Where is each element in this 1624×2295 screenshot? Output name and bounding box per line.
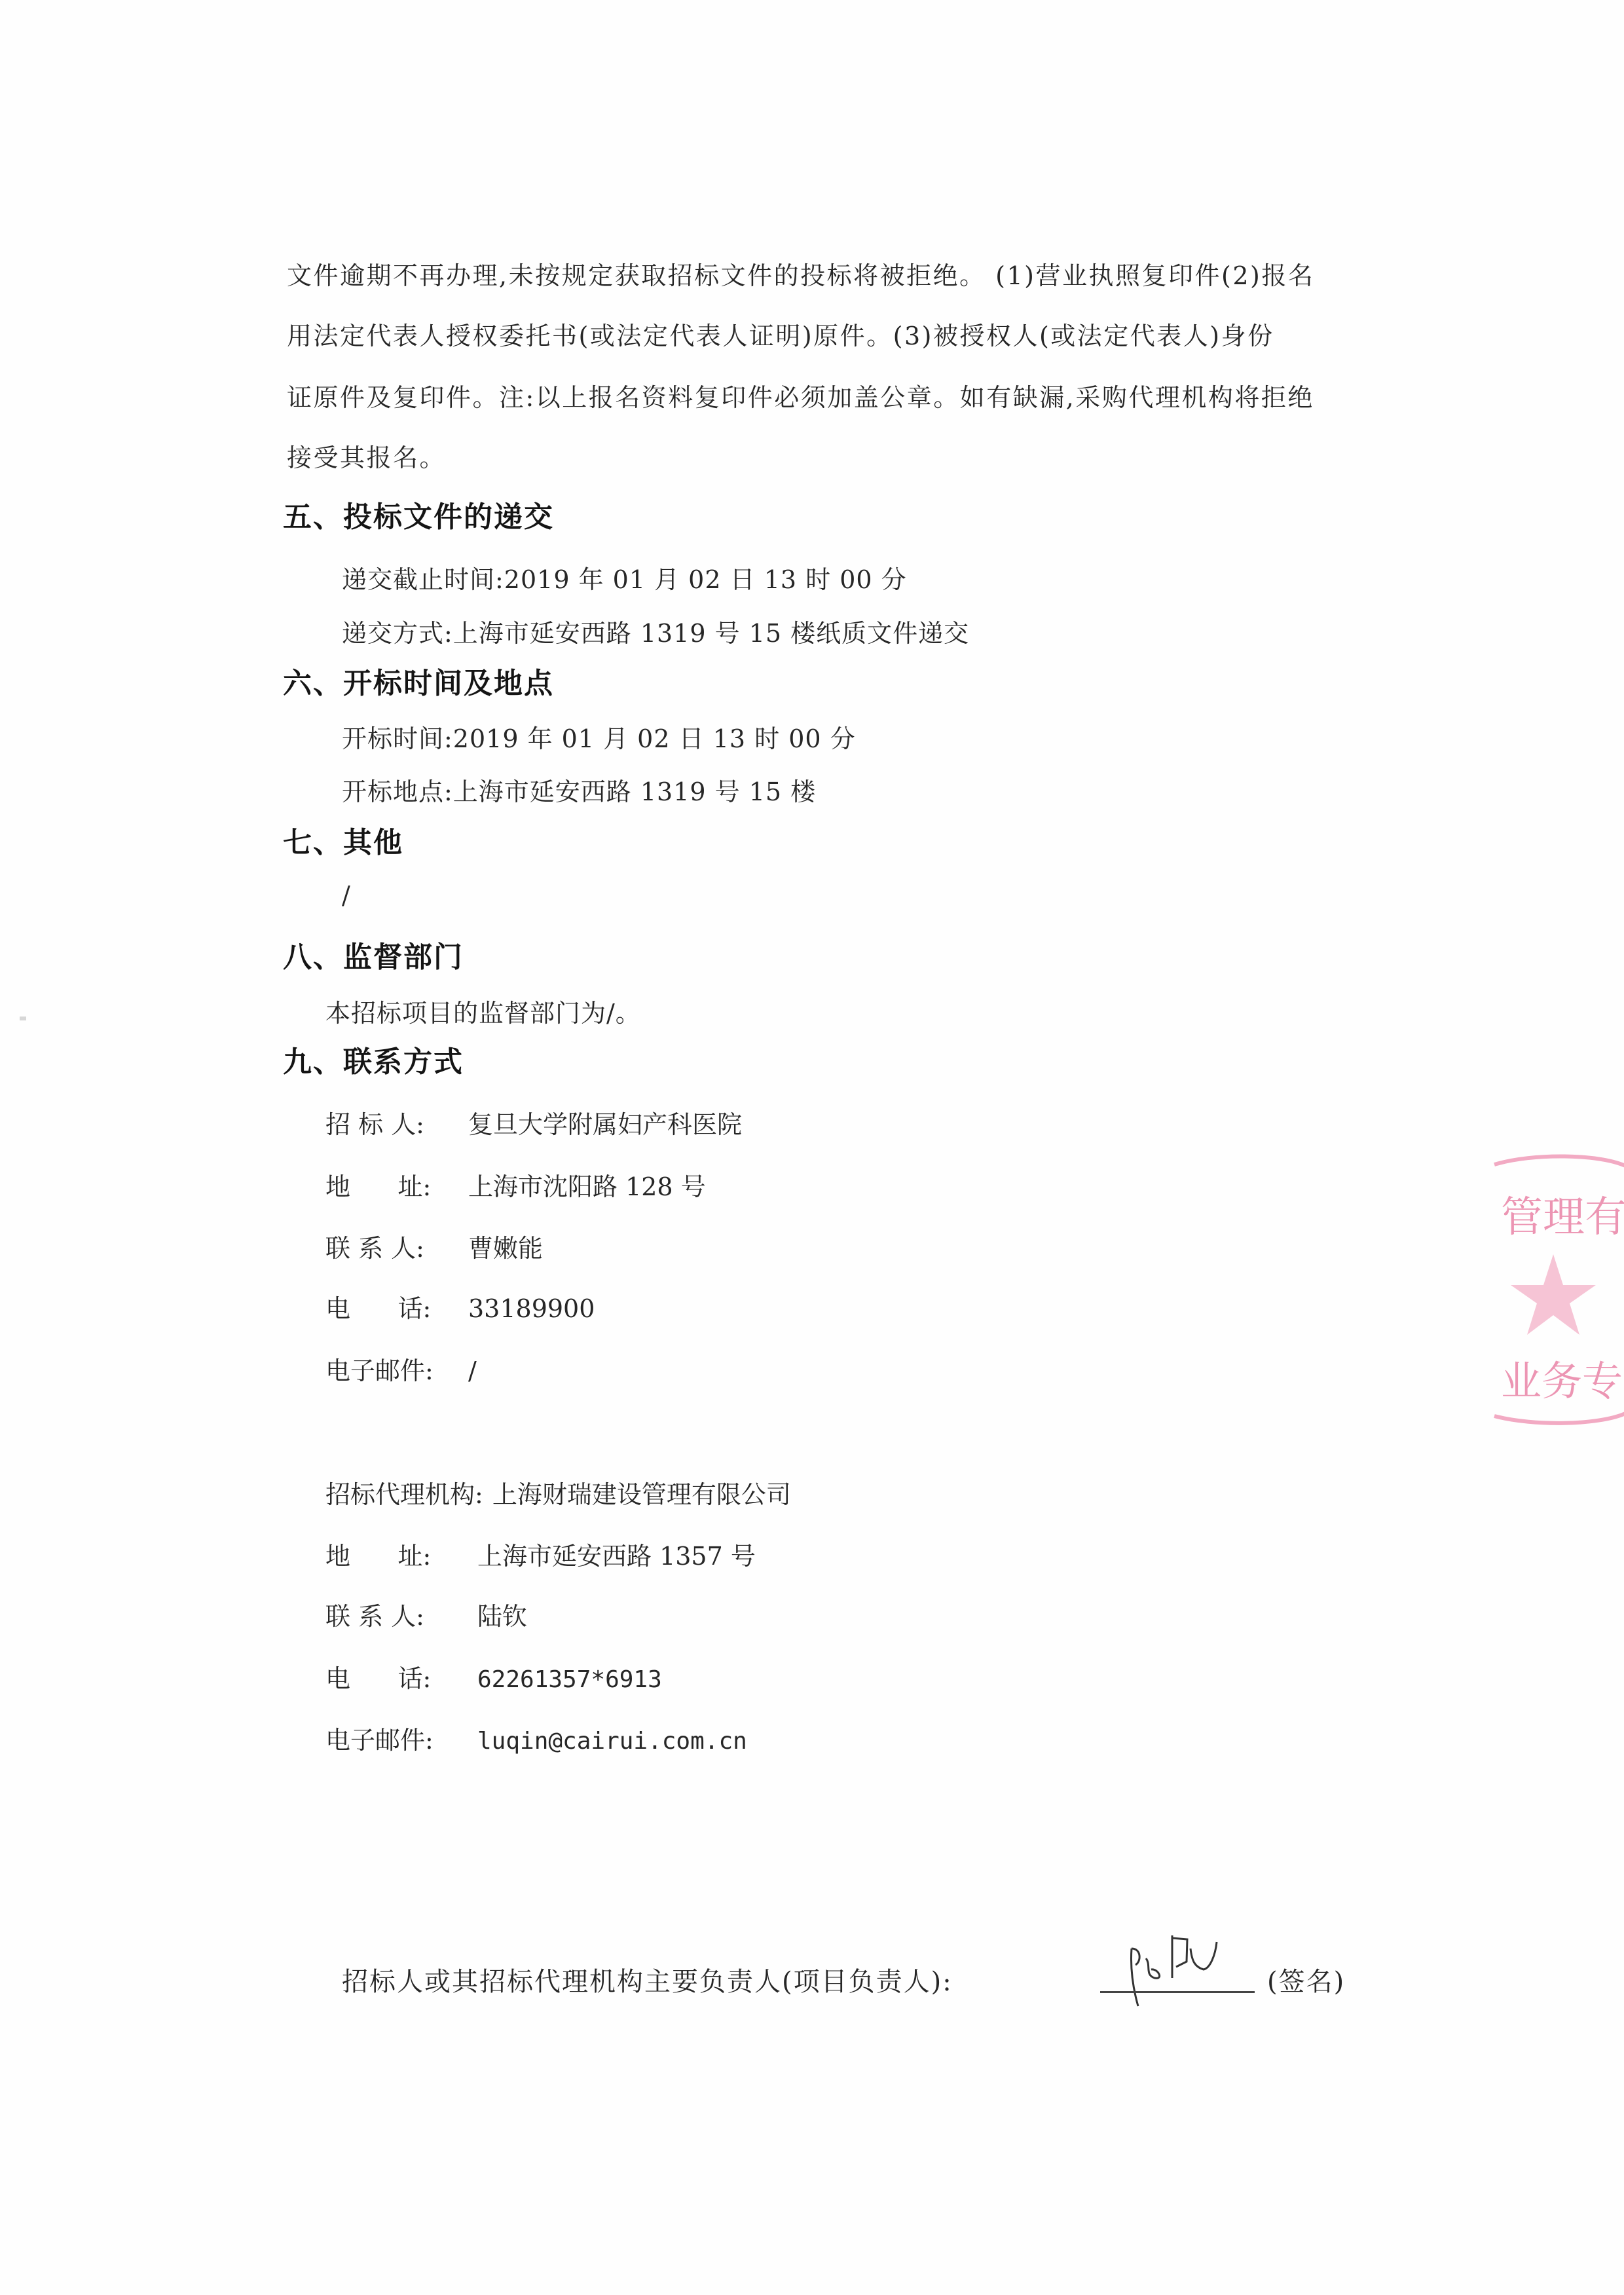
official-seal-stamp: 管理有 业务专 [1481, 1113, 1624, 1428]
tenderer-contact: 曹嫩能 [468, 1234, 543, 1263]
tenderer-name-row: 招 标 人:复旦大学附属妇产科医院 [325, 1108, 742, 1141]
tenderer-phone-label: 电 话: [325, 1292, 468, 1325]
agency-address-label: 地 址: [325, 1540, 477, 1573]
tenderer-email: / [468, 1356, 477, 1385]
agency-name: 上海财瑞建设管理有限公司 [492, 1480, 791, 1509]
seal-text-bottom: 业务专 [1501, 1357, 1623, 1405]
agency-email-row: 电子邮件:luqin@cairui.com.cn [325, 1724, 747, 1758]
tenderer-phone-row: 电 话:33189900 [325, 1292, 595, 1325]
submission-method: 递交方式:上海市延安西路 1319 号 15 楼纸质文件递交 [342, 617, 969, 650]
agency-phone: 62261357*6913 [477, 1666, 662, 1693]
intro-line-3: 证原件及复印件。注:以上报名资料复印件必须加盖公章。如有缺漏,采购代理机构将拒绝 [287, 381, 1387, 414]
section-8-heading: 八、监督部门 [283, 939, 464, 976]
section-5-heading: 五、投标文件的递交 [283, 499, 554, 536]
agency-name-row: 招标代理机构:上海财瑞建设管理有限公司 [325, 1478, 791, 1511]
other-content: / [342, 879, 351, 912]
seal-text-top: 管理有 [1501, 1193, 1624, 1242]
agency-address: 上海市延安西路 1357 号 [477, 1542, 756, 1571]
scan-speck [20, 1017, 26, 1020]
seal-star-icon [1511, 1254, 1596, 1335]
agency-contact-label: 联 系 人: [325, 1600, 477, 1633]
document-page: 文件逾期不再办理,未按规定获取招标文件的投标将被拒绝。 (1)营业执照复印件(2… [0, 0, 1624, 2295]
tenderer-email-row: 电子邮件:/ [325, 1354, 477, 1387]
signature-suffix: (签名) [1267, 1964, 1345, 2000]
tenderer-address: 上海市沈阳路 128 号 [468, 1172, 706, 1201]
intro-line-4: 接受其报名。 [287, 441, 1387, 474]
tenderer-name-label: 招 标 人: [325, 1108, 468, 1141]
tenderer-email-label: 电子邮件: [325, 1354, 468, 1387]
intro-line-2: 用法定代表人授权委托书(或法定代表人证明)原件。(3)被授权人(或法定代表人)身… [287, 320, 1387, 352]
section-6-heading: 六、开标时间及地点 [283, 665, 554, 702]
agency-contact-row: 联 系 人:陆钦 [325, 1600, 527, 1633]
opening-time: 开标时间:2019 年 01 月 02 日 13 时 00 分 [342, 722, 856, 755]
agency-phone-label: 电 话: [325, 1662, 477, 1695]
opening-location: 开标地点:上海市延安西路 1319 号 15 楼 [342, 775, 816, 808]
handwritten-signature [1105, 1929, 1256, 2007]
tenderer-phone: 33189900 [468, 1294, 595, 1323]
agency-contact: 陆钦 [477, 1602, 527, 1631]
signature-line [1100, 1991, 1255, 1993]
tenderer-contact-label: 联 系 人: [325, 1232, 468, 1265]
tenderer-address-label: 地 址: [325, 1170, 468, 1203]
intro-line-1: 文件逾期不再办理,未按规定获取招标文件的投标将被拒绝。 (1)营业执照复印件(2… [287, 259, 1387, 292]
agency-email: luqin@cairui.com.cn [477, 1728, 747, 1755]
tenderer-name: 复旦大学附属妇产科医院 [468, 1110, 742, 1139]
tenderer-address-row: 地 址:上海市沈阳路 128 号 [325, 1170, 706, 1203]
signature-label: 招标人或其招标代理机构主要负责人(项目负责人): [342, 1964, 953, 2000]
agency-name-label: 招标代理机构: [325, 1478, 483, 1511]
agency-phone-row: 电 话:62261357*6913 [325, 1662, 662, 1696]
submission-deadline: 递交截止时间:2019 年 01 月 02 日 13 时 00 分 [342, 563, 907, 596]
agency-email-label: 电子邮件: [325, 1724, 477, 1757]
tenderer-contact-row: 联 系 人:曹嫩能 [325, 1232, 543, 1265]
agency-address-row: 地 址:上海市延安西路 1357 号 [325, 1540, 756, 1573]
section-9-heading: 九、联系方式 [283, 1044, 464, 1081]
section-7-heading: 七、其他 [283, 825, 403, 861]
supervision-text: 本招标项目的监督部门为/。 [325, 997, 641, 1030]
